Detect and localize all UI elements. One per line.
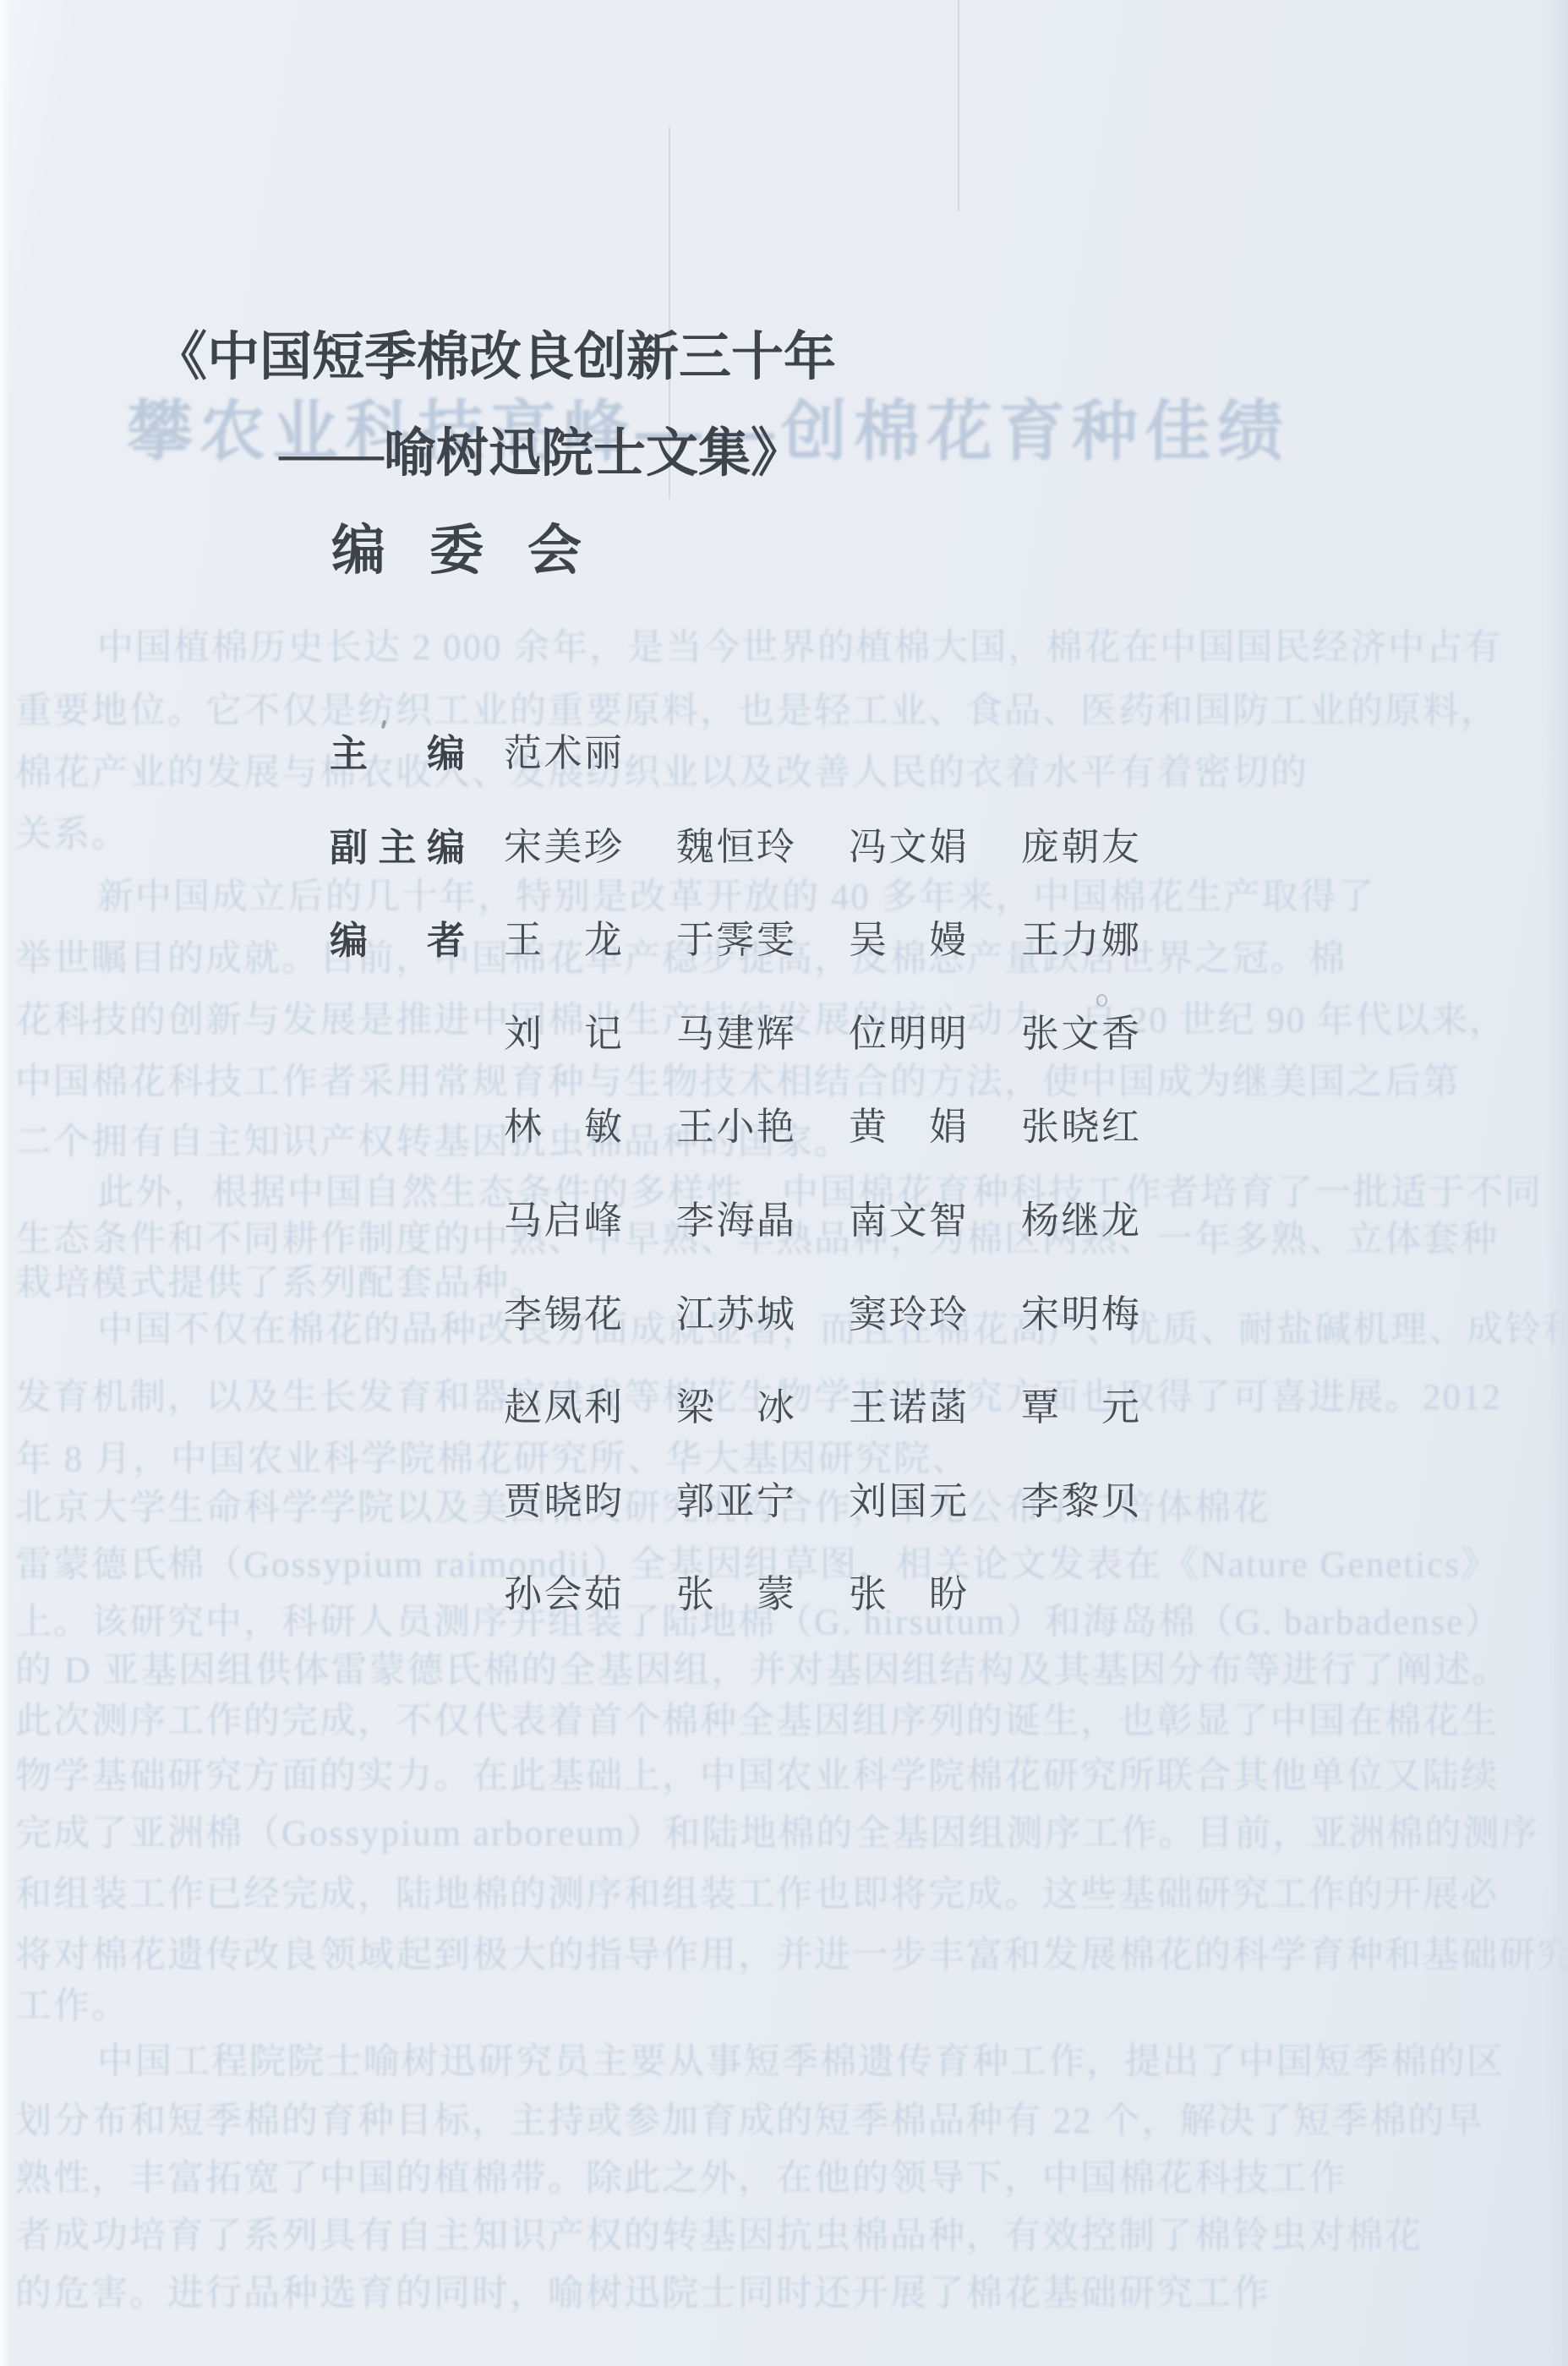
committee-name-group: 李锡花江苏城窦玲玲宋明梅 bbox=[504, 1293, 1139, 1337]
committee-member-name: 李黎贝 bbox=[1021, 1480, 1139, 1524]
committee-role-label: 副主编 bbox=[330, 826, 465, 870]
committee-member-name: 黄娟 bbox=[849, 1106, 967, 1150]
committee-member-name: 梁冰 bbox=[676, 1386, 795, 1430]
committee-member-name: 郭亚宁 bbox=[676, 1480, 795, 1524]
committee-member-name: 宋美珍 bbox=[504, 826, 622, 870]
committee-member-name: 贾晓昀 bbox=[504, 1480, 622, 1524]
committee-name-group: 范术丽 bbox=[504, 732, 622, 776]
committee-member-name: 杨继龙 bbox=[1021, 1199, 1139, 1243]
committee-row: 刘记马建辉位明明张文香 bbox=[330, 1013, 1139, 1057]
committee-row: 马启峰李海晶南文智杨继龙 bbox=[330, 1199, 1139, 1243]
committee-name-group: 宋美珍魏恒玲冯文娟庞朝友 bbox=[504, 826, 1139, 870]
committee-name-group: 马启峰李海晶南文智杨继龙 bbox=[504, 1199, 1139, 1243]
committee-member-name: 王小艳 bbox=[676, 1106, 795, 1150]
committee-member-name: 窦玲玲 bbox=[849, 1293, 967, 1337]
committee-member-name: 江苏城 bbox=[676, 1293, 795, 1337]
committee-member-name: 张盼 bbox=[849, 1573, 967, 1617]
scan-speck bbox=[1096, 994, 1107, 1007]
committee-name-group: 刘记马建辉位明明张文香 bbox=[504, 1013, 1139, 1057]
committee-row: 副主编宋美珍魏恒玲冯文娟庞朝友 bbox=[330, 826, 1139, 870]
committee-row: 孙会茹张蒙张盼 bbox=[330, 1573, 967, 1617]
committee-member-name: 王龙 bbox=[504, 919, 622, 963]
committee-member-name: 孙会茹 bbox=[504, 1573, 622, 1617]
committee-row: 李锡花江苏城窦玲玲宋明梅 bbox=[330, 1293, 1139, 1337]
committee-member-name: 林敏 bbox=[504, 1106, 622, 1150]
committee-member-name: 张蒙 bbox=[676, 1573, 795, 1617]
committee-member-name: 王诺菡 bbox=[849, 1386, 967, 1430]
committee-member-name: 马启峰 bbox=[504, 1199, 622, 1243]
committee-member-name: 宋明梅 bbox=[1021, 1293, 1139, 1337]
committee-row: 贾晓昀郭亚宁刘国元李黎贝 bbox=[330, 1480, 1139, 1524]
editorial-board-heading: 编委会 bbox=[331, 507, 626, 585]
scanned-book-page: 攀农业科技高峰——创棉花育种佳绩 中国植棉历史长达 2 000 余年，是当今世界… bbox=[0, 0, 1568, 2366]
committee-name-group: 王龙于霁雯吴嫚王力娜 bbox=[504, 919, 1139, 963]
committee-member-name: 覃元 bbox=[1021, 1386, 1139, 1430]
committee-member-name: 位明明 bbox=[849, 1013, 967, 1057]
committee-member-name: 王力娜 bbox=[1021, 919, 1139, 963]
committee-member-name: 马建辉 bbox=[676, 1013, 795, 1057]
book-title-line-2: ——喻树迅院士文集》 bbox=[279, 411, 803, 486]
committee-row: 编者王龙于霁雯吴嫚王力娜 bbox=[330, 919, 1139, 963]
committee-role-label: 编者 bbox=[330, 919, 465, 963]
committee-member-name: 李锡花 bbox=[504, 1293, 622, 1337]
committee-member-name: 刘国元 bbox=[849, 1480, 967, 1524]
committee-name-group: 林敏王小艳黄娟张晓红 bbox=[504, 1106, 1139, 1150]
committee-row: 主编范术丽 bbox=[330, 732, 622, 776]
committee-member-name: 李海晶 bbox=[676, 1199, 795, 1243]
committee-member-name: 范术丽 bbox=[504, 732, 622, 776]
committee-member-name: 吴嫚 bbox=[849, 919, 967, 963]
committee-member-name: 张晓红 bbox=[1021, 1106, 1139, 1150]
committee-member-name: 冯文娟 bbox=[849, 826, 967, 870]
committee-member-name: 刘记 bbox=[504, 1013, 622, 1057]
committee-member-name: 于霁雯 bbox=[676, 919, 795, 963]
committee-name-group: 赵凤利梁冰王诺菡覃元 bbox=[504, 1386, 1139, 1430]
committee-member-name: 南文智 bbox=[849, 1199, 967, 1243]
committee-row: 赵凤利梁冰王诺菡覃元 bbox=[330, 1386, 1139, 1430]
committee-member-name: 张文香 bbox=[1021, 1013, 1139, 1057]
printed-content: 《中国短季棉改良创新三十年 ——喻树迅院士文集》 编委会 主编范术丽副主编宋美珍… bbox=[0, 0, 1568, 2366]
book-title-line-1: 《中国短季棉改良创新三十年 bbox=[155, 314, 836, 390]
committee-member-name: 赵凤利 bbox=[504, 1386, 622, 1430]
committee-member-name: 庞朝友 bbox=[1021, 826, 1139, 870]
committee-member-name: 魏恒玲 bbox=[676, 826, 795, 870]
committee-name-group: 贾晓昀郭亚宁刘国元李黎贝 bbox=[504, 1480, 1139, 1524]
committee-name-group: 孙会茹张蒙张盼 bbox=[504, 1573, 967, 1617]
committee-row: 林敏王小艳黄娟张晓红 bbox=[330, 1106, 1139, 1150]
committee-role-label: 主编 bbox=[330, 732, 465, 776]
